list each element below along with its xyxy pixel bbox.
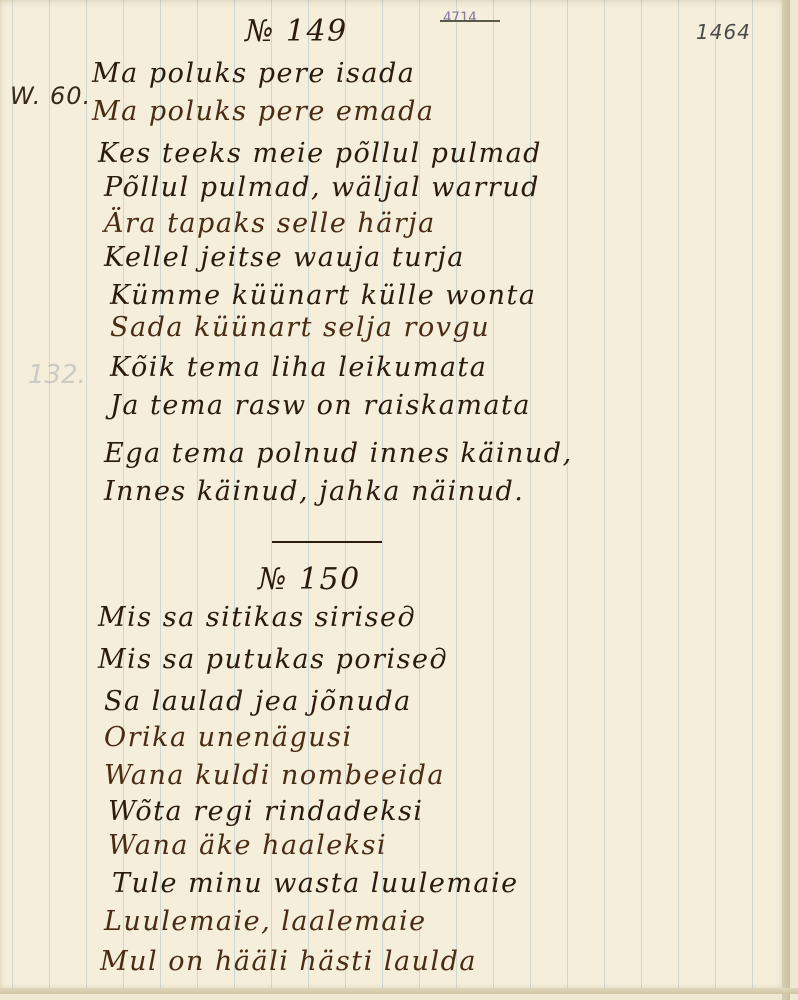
page-edge-bottom xyxy=(0,988,798,994)
song-149-line-6: Kellel jeitse wauja turja xyxy=(104,242,465,273)
song-150-line-10: Mul on hääli hästi laulda xyxy=(100,946,477,977)
faint-margin-number: 132. xyxy=(28,360,86,390)
song-number-149: № 149 xyxy=(245,14,348,49)
margin-reference: W. 60. xyxy=(10,82,91,110)
section-divider xyxy=(272,541,382,543)
song-150-line-7: Wana äke haaleksi xyxy=(108,830,387,861)
song-150-line-5: Wana kuldi nombeeida xyxy=(104,760,445,791)
song-150-line-4: Orika unenägusi xyxy=(104,722,353,753)
song-150-line-8: Tule minu wasta luulemaie xyxy=(112,868,519,899)
song-149-line-3: Kes teeks meie põllul pulmad xyxy=(98,138,542,169)
song-149-line-10: Ja tema rasw on raiskamata xyxy=(110,390,531,421)
song-149-line-1: Ma poluks pere isada xyxy=(92,58,415,89)
song-150-line-1: Mis sa sitikas siriseд xyxy=(98,602,416,633)
song-number-150: № 150 xyxy=(258,562,361,597)
song-150-line-3: Sa laulad jea jõnuda xyxy=(104,686,412,717)
song-149-line-7: Kümme küünart külle wonta xyxy=(110,280,536,311)
song-150-line-6: Wõta regi rindadeksi xyxy=(108,796,424,827)
page-number: 1464 xyxy=(696,20,751,44)
song-149-line-2: Ma poluks pere emada xyxy=(92,96,434,127)
song-150-line-2: Mis sa putukas poriseд xyxy=(98,644,448,675)
strikethrough-line xyxy=(440,20,500,22)
song-150-line-9: Luulemaie, laalemaie xyxy=(104,906,427,937)
song-149-line-4: Põllul pulmad, wäljal warrud xyxy=(104,172,540,203)
song-149-line-11: Ega tema polnud innes käinud, xyxy=(104,438,573,469)
struck-stamp-number: 4714 xyxy=(443,10,477,26)
song-149-line-9: Kõik tema liha leikumata xyxy=(110,352,487,383)
song-149-line-5: Ära tapaks selle härja xyxy=(104,208,436,239)
manuscript-page: 132. 4714 1464 W. 60. № 149 Ma poluks pe… xyxy=(0,0,790,994)
song-149-line-8: Sada küünart selja rovgu xyxy=(110,312,490,343)
page-edge-right xyxy=(782,0,790,1000)
song-149-line-12: Innes käinud, jahka näinud. xyxy=(104,476,524,507)
